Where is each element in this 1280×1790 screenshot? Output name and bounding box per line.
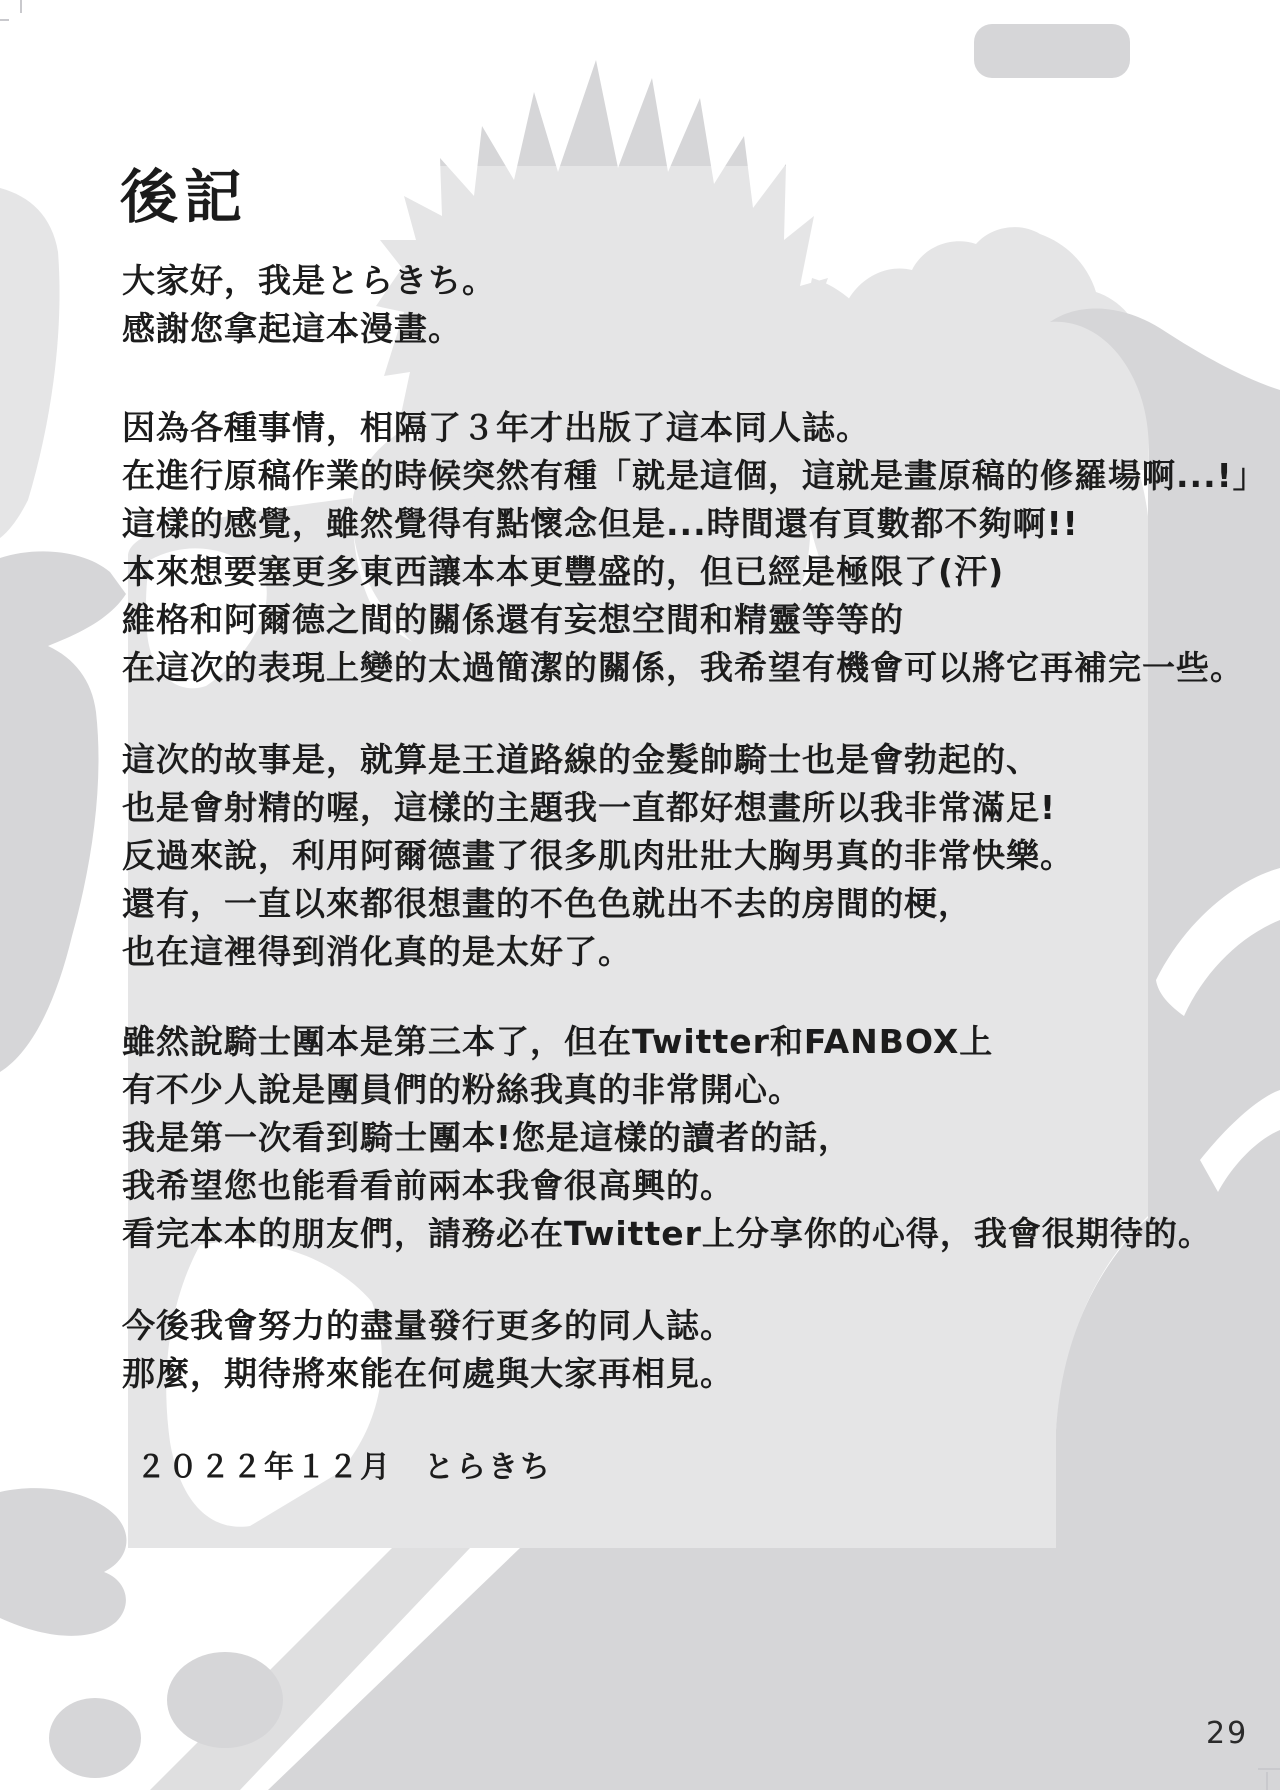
text-line: 那麼，期待將來能在何處與大家再相見。 — [122, 1350, 734, 1398]
claw-silhouette — [0, 1488, 126, 1636]
crop-mark-top-left-horizontal — [0, 19, 9, 21]
text-line: 本來想要塞更多東西讓本本更豐盛的，但已經是極限了(汗) — [122, 548, 1267, 596]
text-line: 感謝您拿起這本漫畫。 — [122, 305, 496, 353]
text-line: 反過來說，利用阿爾德畫了很多肌肉壯壯大胸男真的非常快樂。 — [122, 832, 1074, 880]
top-right-shade — [974, 24, 1130, 78]
page-title: 後記 — [120, 168, 248, 226]
afterword-page: 後記 大家好，我是とらきち。 感謝您拿起這本漫畫。 因為各種事情，相隔了３年才出… — [0, 0, 1280, 1790]
crop-mark-top-left-vertical — [20, 0, 22, 13]
claw-blob-1 — [167, 1652, 283, 1748]
signature-line: ２０２２年１２月 とらきち — [136, 1446, 552, 1490]
paragraph-greeting: 大家好，我是とらきち。 感謝您拿起這本漫畫。 — [122, 257, 496, 353]
paragraph-readers: 雖然說騎士團本是第三本了，但在Twitter和FANBOX上 有不少人說是團員們… — [122, 1018, 1212, 1258]
text-line: 因為各種事情，相隔了３年才出版了這本同人誌。 — [122, 404, 1267, 452]
text-line: 我希望您也能看看前兩本我會很高興的。 — [122, 1162, 1212, 1210]
paragraph-story: 這次的故事是，就算是王道路線的金髮帥騎士也是會勃起的、 也是會射精的喔，這樣的主… — [122, 736, 1074, 976]
text-line: 有不少人說是團員們的粉絲我真的非常開心。 — [122, 1066, 1212, 1114]
paragraph-farewell: 今後我會努力的盡量發行更多的同人誌。 那麼，期待將來能在何處與大家再相見。 — [122, 1302, 734, 1398]
text-line: 維格和阿爾德之間的關係還有妄想空間和精靈等等的 — [122, 596, 1267, 644]
text-line: 雖然說騎士團本是第三本了，但在Twitter和FANBOX上 — [122, 1018, 1212, 1066]
crop-mark-bottom-right-horizontal — [1258, 1768, 1280, 1770]
paragraph-production: 因為各種事情，相隔了３年才出版了這本同人誌。 在進行原稿作業的時候突然有種「就是… — [122, 404, 1267, 692]
text-line: 還有，一直以來都很想畫的不色色就出不去的房間的梗， — [122, 880, 1074, 928]
claw-blob-2 — [49, 1698, 141, 1778]
text-line: 這次的故事是，就算是王道路線的金髮帥騎士也是會勃起的、 — [122, 736, 1074, 784]
text-line: 我是第一次看到騎士團本!您是這樣的讀者的話， — [122, 1114, 1212, 1162]
text-line: 在這次的表現上變的太過簡潔的關係，我希望有機會可以將它再補完一些。 — [122, 644, 1267, 692]
text-line: 今後我會努力的盡量發行更多的同人誌。 — [122, 1302, 734, 1350]
text-line: 大家好，我是とらきち。 — [122, 257, 496, 305]
page-number: 29 — [1206, 1716, 1248, 1751]
text-line: 在進行原稿作業的時候突然有種「就是這個，這就是畫原稿的修羅場啊...!」 — [122, 452, 1267, 500]
text-line: 這樣的感覺，雖然覺得有點懷念但是...時間還有頁數都不夠啊!! — [122, 500, 1267, 548]
text-line: 也是會射精的喔，這樣的主題我一直都好想畫所以我非常滿足! — [122, 784, 1074, 832]
crop-mark-bottom-right-vertical — [1266, 1772, 1268, 1790]
text-line: 看完本本的朋友們，請務必在Twitter上分享你的心得，我會很期待的。 — [122, 1210, 1212, 1258]
text-line: 也在這裡得到消化真的是太好了。 — [122, 928, 1074, 976]
